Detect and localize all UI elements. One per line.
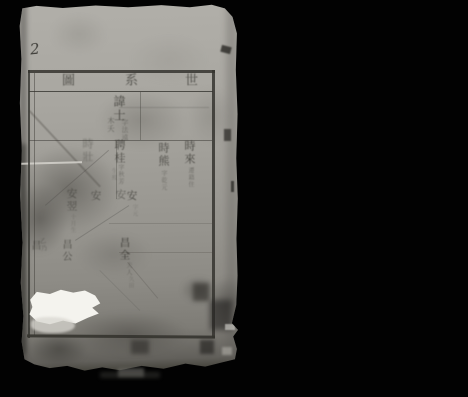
gen2-name-4: 時壯	[82, 138, 93, 164]
gen2-note-3b: 生歿	[110, 168, 116, 181]
scan-page: 2 圖 系 世 諱士 字法遠 木夭 時來 遷籍住 時熊 字乾元 聘桂 字秋芳 生…	[19, 4, 238, 371]
header-char-shi: 世	[183, 73, 196, 88]
gen4-note-1: 夫人	[125, 262, 131, 276]
header-char-tu: 圖	[60, 73, 73, 88]
header-char-xi: 系	[123, 73, 136, 88]
gen4-name-3: 昌	[29, 240, 39, 252]
row-rule-3	[119, 252, 212, 253]
frame-left-border	[28, 70, 30, 338]
gen4-name-1: 昌全	[119, 237, 130, 262]
frame-right-border	[212, 70, 215, 338]
gen2-name-1: 時來	[184, 140, 195, 166]
gen2-name-2: 時熊	[158, 142, 169, 168]
frame-header-rule	[29, 91, 213, 93]
gen4-note-3: 乙乃	[38, 238, 46, 253]
row-rule-2	[109, 223, 212, 224]
gen1-note-left: 木夭	[107, 117, 114, 133]
page-bottom-wisp	[100, 372, 160, 378]
gen3-note-2: 字元	[131, 204, 137, 217]
paper-stains	[19, 4, 238, 371]
gen3-name-4: 安翌	[66, 188, 77, 213]
scanned-book-photo: 2 圖 系 世 諱士 字法遠 木夭 時來 遷籍住 時熊 字乾元 聘桂 字秋芳 生…	[0, 0, 468, 397]
gen2-note-1: 遷籍住	[187, 167, 193, 188]
gen3-name-1: 安	[126, 190, 137, 203]
frame-left-inner-rule	[34, 73, 35, 335]
handwritten-page-number: 2	[29, 40, 40, 59]
gen3-name-2: 安	[115, 189, 126, 202]
gen3-note-4: 十月生	[69, 214, 75, 234]
gen3-name-3: 安	[90, 190, 101, 203]
gen2-note-3: 字秋芳	[117, 164, 123, 185]
gen4-note-1b: 久田	[127, 276, 133, 289]
gen4-name-2: 昌公	[60, 239, 70, 263]
column-rule-gen1	[140, 92, 141, 140]
gen2-name-3: 聘桂	[114, 139, 125, 165]
gen2-note-2: 字乾元	[160, 170, 166, 191]
